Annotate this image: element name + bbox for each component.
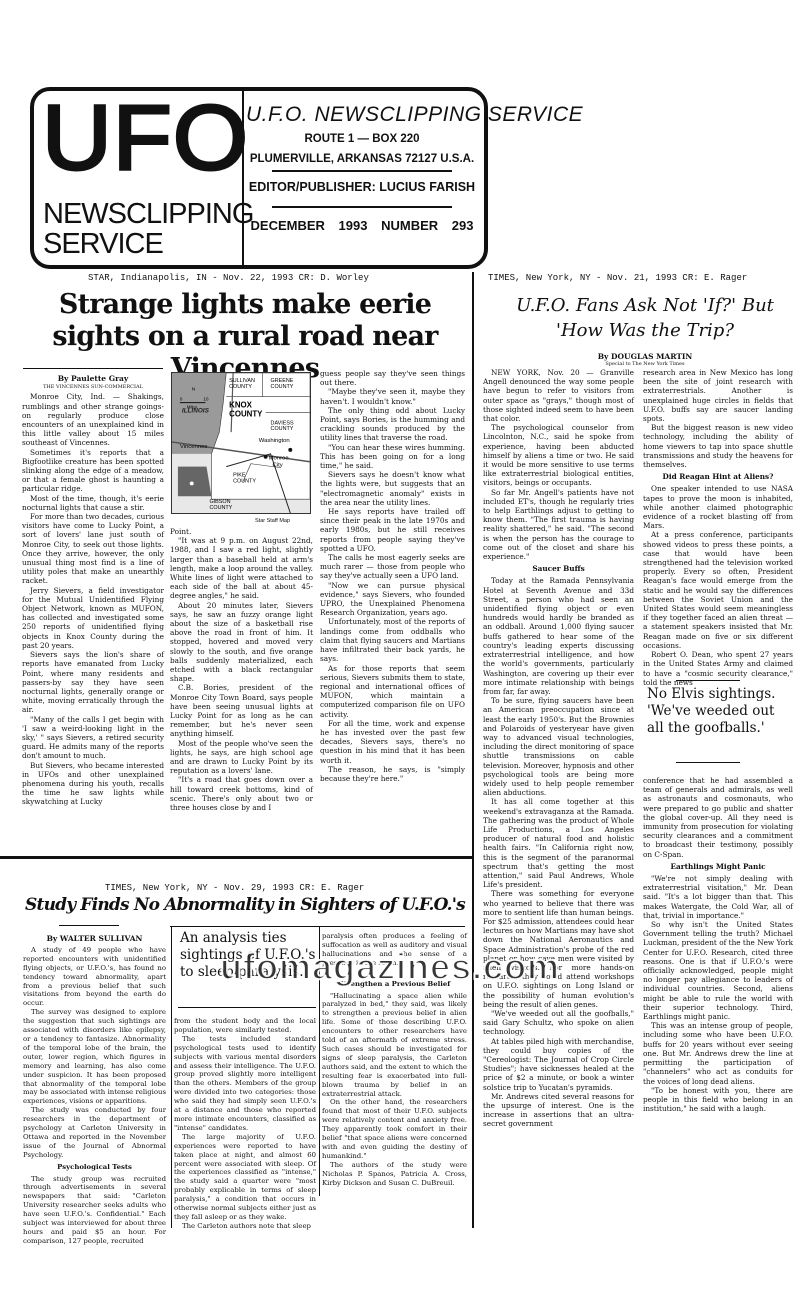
- study-top-rule: [170, 926, 465, 927]
- times-fans-byline: By DOUGLAS MARTIN: [500, 352, 790, 361]
- times-study-column-1: By WALTER SULLIVAN A study of 49 people …: [23, 935, 166, 1246]
- watermark: ufomagazines.com: [220, 946, 560, 988]
- star-column-2: Point. "It was at 9 p.m. on August 22nd,…: [170, 527, 313, 812]
- pullquote-rule: [676, 680, 740, 681]
- paragraph: As for those reports that seem serious, …: [320, 664, 465, 719]
- paragraph: Sometimes it's reports that a Bigfootlik…: [22, 448, 164, 494]
- paragraph: "It's a road that goes down over a hill …: [170, 775, 313, 812]
- paragraph: "Maybe they've seen it, maybe they haven…: [320, 387, 465, 405]
- masthead-issue: DECEMBER 1993 NUMBER 293: [246, 218, 478, 233]
- subhead-reagan: Did Reagan Hint at Aliens?: [643, 472, 793, 481]
- paragraph: "We're not simply dealing with extraterr…: [643, 874, 793, 920]
- star-affiliation: THE VINCENNES SUN-COMMERCIAL: [22, 383, 164, 392]
- paragraph: To be sure, flying saucers have been an …: [483, 696, 634, 797]
- star-column-3: guess people say they've seen things out…: [320, 369, 465, 783]
- svg-text:Monroe: Monroe: [269, 456, 290, 462]
- masthead-rule: [272, 170, 452, 172]
- times-study-headline: Study Finds No Abnormality in Sighters o…: [20, 895, 470, 915]
- paragraph: C.B. Bories, president of the Monroe Cit…: [170, 683, 313, 738]
- paragraph: "Hallucinating a space alien while paral…: [322, 992, 467, 1099]
- svg-text:City: City: [273, 463, 283, 469]
- paragraph: The survey was designed to explore the s…: [23, 1008, 166, 1106]
- paragraph: conference that he had assembled a team …: [643, 776, 793, 859]
- study-col-rule: [171, 926, 172, 1228]
- times-fans-byline-block: By DOUGLAS MARTIN Special to The New Yor…: [500, 352, 790, 367]
- masthead-rule: [272, 206, 452, 208]
- paragraph: He says reports have trailed off since t…: [320, 507, 465, 553]
- paragraph: "It was at 9 p.m. on August 22nd, 1988, …: [170, 536, 313, 600]
- column-divider: [472, 272, 474, 1228]
- paragraph: One speaker intended to use NASA tapes t…: [643, 484, 793, 530]
- masthead: UFO NEWSCLIPPING SERVICE U.F.O. NEWSCLIP…: [30, 87, 488, 269]
- paragraph: The large majority of U.F.O. experiences…: [174, 1133, 316, 1222]
- paragraph: research area in New Mexico has long bee…: [643, 368, 793, 423]
- svg-text:10: 10: [204, 397, 209, 402]
- paragraph: "We've weeded out all the goofballs," sa…: [483, 1009, 634, 1037]
- paragraph: Most of the people who've seen the light…: [170, 739, 313, 776]
- paragraph: Robert O. Dean, who spent 27 years in th…: [643, 650, 793, 687]
- paragraph: "Many of the calls I get begin with 'I s…: [22, 715, 164, 761]
- subhead-saucer-buffs: Saucer Buffs: [483, 564, 634, 573]
- svg-text:Miles: Miles: [187, 405, 198, 410]
- times-fans-column-1: NEW YORK, Nov. 20 — Granville Angell den…: [483, 368, 634, 1129]
- star-column-1: By Paulette Gray THE VINCENNES SUN-COMME…: [22, 374, 164, 807]
- star-byline: By Paulette Gray: [22, 374, 164, 383]
- pullquote-rule: [676, 762, 740, 763]
- masthead-editor: EDITOR/PUBLISHER: LUCIUS FARISH: [246, 180, 478, 194]
- paragraph: It has all come together at this weekend…: [483, 797, 634, 889]
- paragraph: For more than two decades, curious visit…: [22, 512, 164, 586]
- elvis-pull-quote: No Elvis sightings. 'We've weeded out al…: [647, 686, 787, 737]
- times-study-byline: By WALTER SULLIVAN: [23, 935, 166, 944]
- paragraph: On the other hand, the researchers found…: [322, 1098, 467, 1160]
- paragraph: The study group was recruited through ad…: [23, 1175, 166, 1246]
- paragraph: But the biggest reason is new video tech…: [643, 423, 793, 469]
- paragraph: For all the time, work and expense he ha…: [320, 719, 465, 765]
- subhead-psychological-tests: Psychological Tests: [23, 1163, 166, 1172]
- masthead-divider: [242, 91, 244, 265]
- paragraph: guess people say they've seen things out…: [320, 369, 465, 387]
- issue-date: DECEMBER 1993: [251, 218, 368, 233]
- paragraph: About 20 minutes later, Sievers says, he…: [170, 601, 313, 684]
- paragraph: Sievers says he doesn't know what the li…: [320, 470, 465, 507]
- masthead-address-line2: PLUMERVILLE, ARKANSAS 72127 U.S.A.: [246, 153, 478, 165]
- masthead-logo-ufo: UFO: [42, 93, 249, 183]
- masthead-logo-newsclipping: NEWSCLIPPING: [43, 199, 253, 229]
- issue-number: NUMBER 293: [381, 218, 473, 233]
- paragraph: NEW YORK, Nov. 20 — Granville Angell den…: [483, 368, 634, 423]
- svg-text:COUNTY: COUNTY: [229, 384, 252, 390]
- paragraph: Monroe City, Ind. — Shakings, rumblings …: [22, 392, 164, 447]
- article-divider: [0, 856, 474, 859]
- paragraph: The study was conducted by four research…: [23, 1106, 166, 1159]
- times-fans-column-2-continued: conference that he had assembled a team …: [643, 776, 793, 1113]
- paragraph: But Sievers, who became interested in UF…: [22, 761, 164, 807]
- svg-text:COUNTY: COUNTY: [271, 384, 294, 390]
- paragraph: The reason, he says, is "simply because …: [320, 765, 465, 783]
- paragraph: "To be honest with you, there are people…: [643, 1086, 793, 1114]
- paragraph: The only thing odd about Lucky Point, sa…: [320, 406, 465, 443]
- pullquote-rule: [178, 1007, 316, 1008]
- paragraph: Unfortunately, most of the reports of la…: [320, 617, 465, 663]
- paragraph: "You can hear these wires humming. This …: [320, 443, 465, 471]
- times-fans-affiliation: Special to The New York Times: [500, 361, 790, 367]
- times-fans-column-2: research area in New Mexico has long bee…: [643, 368, 793, 687]
- paragraph: So why isn't the United States Governmen…: [643, 920, 793, 1021]
- paragraph: The tests included standard psychologica…: [174, 1035, 316, 1133]
- times-study-column-2: from the student body and the local popu…: [174, 1017, 316, 1231]
- masthead-title: U.F.O. NEWSCLIPPING SERVICE: [246, 103, 478, 127]
- svg-text:COUNTY: COUNTY: [209, 505, 232, 511]
- paragraph: Today at the Ramada Pennsylvania Hotel a…: [483, 576, 634, 696]
- svg-text:COUNTY: COUNTY: [233, 478, 256, 484]
- paragraph: Point.: [170, 527, 313, 536]
- times-fans-headline: U.F.O. Fans Ask Not 'If?' But 'How Was t…: [500, 293, 790, 343]
- masthead-logo-service: SERVICE: [43, 229, 163, 259]
- paragraph: Mr. Andrews cited several reasons for th…: [483, 1092, 634, 1129]
- map-graphic: SULLIVAN COUNTY GREENE COUNTY KNOX COUNT…: [172, 373, 310, 513]
- svg-text:KNOX: KNOX: [229, 401, 252, 410]
- paragraph: So far Mr. Angell's patients have not in…: [483, 488, 634, 562]
- masthead-info: U.F.O. NEWSCLIPPING SERVICE ROUTE 1 — BO…: [246, 91, 478, 265]
- knox-county-map: SULLIVAN COUNTY GREENE COUNTY KNOX COUNT…: [171, 372, 311, 514]
- svg-text:Washington: Washington: [259, 438, 290, 444]
- paragraph: Jerry Sievers, a field investigator for …: [22, 586, 164, 650]
- paragraph: Sievers says the lion's share of reports…: [22, 650, 164, 714]
- star-credit: STAR, Indianapolis, IN - Nov. 22, 1993 C…: [88, 273, 369, 283]
- svg-text:N: N: [192, 387, 196, 393]
- masthead-address-line1: ROUTE 1 — BOX 220: [246, 133, 478, 145]
- study-byline-rule: [59, 925, 119, 926]
- times-study-credit: TIMES, New York, NY - Nov. 29, 1993 CR: …: [105, 883, 364, 893]
- svg-text:Vincennes: Vincennes: [180, 444, 208, 450]
- svg-text:COUNTY: COUNTY: [229, 409, 263, 418]
- times-fans-credit: TIMES, New York, NY - Nov. 21, 1993 CR: …: [488, 273, 747, 283]
- svg-text:COUNTY: COUNTY: [271, 426, 294, 432]
- paragraph: The Carleton authors note that sleep: [174, 1222, 316, 1231]
- map-credit: Star Staff Map: [255, 518, 290, 524]
- paragraph: A study of 49 people who have reported e…: [23, 946, 166, 1008]
- paragraph: At tables piled high with merchandise, t…: [483, 1037, 634, 1092]
- subhead-earthlings: Earthlings Might Panic: [643, 862, 793, 871]
- paragraph: At a press conference, participants show…: [643, 530, 793, 650]
- paragraph: from the student body and the local popu…: [174, 1017, 316, 1035]
- paragraph: This was an intense group of people, inc…: [643, 1021, 793, 1085]
- paragraph: The psychological counselor from Lincoln…: [483, 423, 634, 487]
- paragraph: The authors of the study were Nicholas P…: [322, 1161, 467, 1188]
- paragraph: The calls he most eagerly seeks are much…: [320, 553, 465, 581]
- paragraph: Most of the time, though, it's eerie noc…: [22, 494, 164, 512]
- paragraph: "Now we can pursue physical evidence," s…: [320, 581, 465, 618]
